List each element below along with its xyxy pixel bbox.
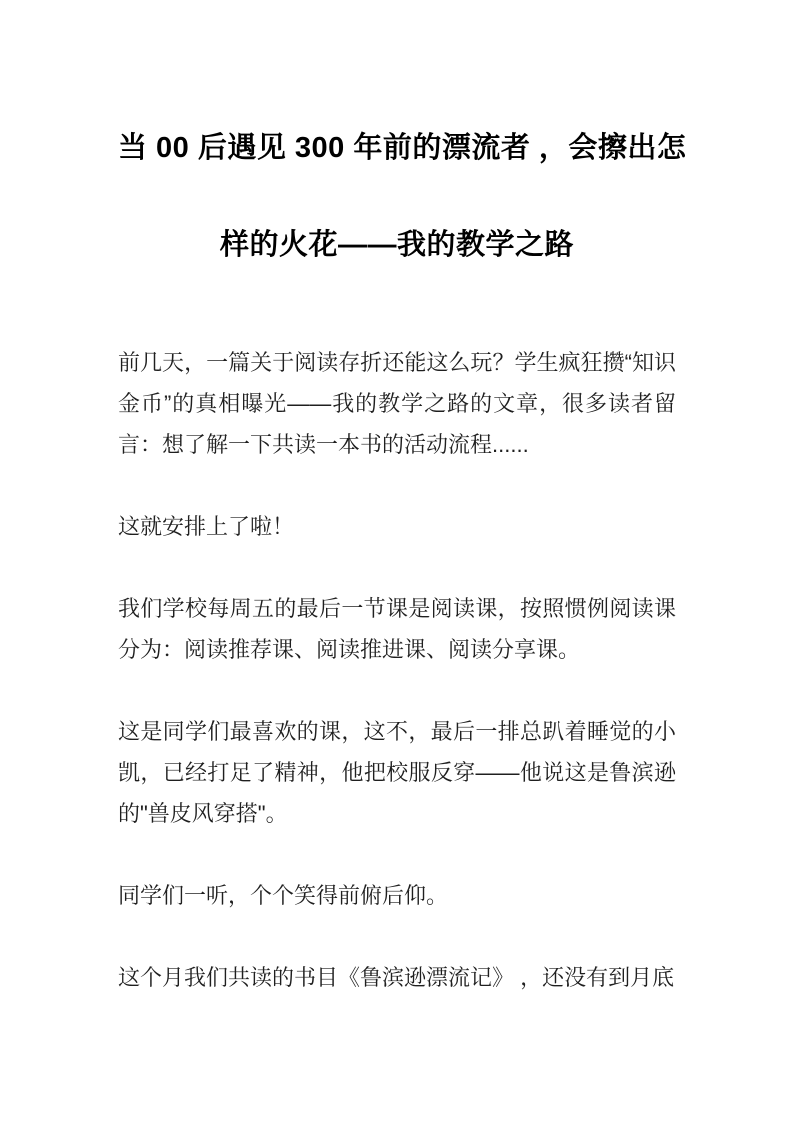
document-title-line-2: 样的火花——我的教学之路 [118, 197, 676, 294]
document-page: 当 00 后遇见 300 年前的漂流者 ，会擦出怎 样的火花——我的教学之路 前… [0, 0, 793, 1122]
document-title-line-1: 当 00 后遇见 300 年前的漂流者 ，会擦出怎 [118, 100, 676, 197]
paragraph-announcement: 这就安排上了啦！ [118, 506, 676, 547]
paragraph-monthly-book: 这个月我们共读的书目《鲁滨逊漂流记》 ，还没有到月底 [118, 957, 676, 998]
paragraph-classmates-laugh: 同学们一听，个个笑得前俯后仰。 [118, 875, 676, 916]
document-title: 当 00 后遇见 300 年前的漂流者 ，会擦出怎 样的火花——我的教学之路 [118, 100, 676, 294]
document-content: 当 00 后遇见 300 年前的漂流者 ，会擦出怎 样的火花——我的教学之路 前… [0, 0, 793, 998]
document-body: 前几天，一篇关于阅读存折还能这么玩？学生疯狂攒“知识金币”的真相曝光——我的教学… [118, 342, 676, 998]
paragraph-intro: 前几天，一篇关于阅读存折还能这么玩？学生疯狂攒“知识金币”的真相曝光——我的教学… [118, 342, 676, 465]
paragraph-reading-class-types: 我们学校每周五的最后一节课是阅读课，按照惯例阅读课分为：阅读推荐课、阅读推进课、… [118, 588, 676, 670]
paragraph-student-xiaokai: 这是同学们最喜欢的课，这不，最后一排总趴着睡觉的小凯，已经打足了精神，他把校服反… [118, 711, 676, 834]
